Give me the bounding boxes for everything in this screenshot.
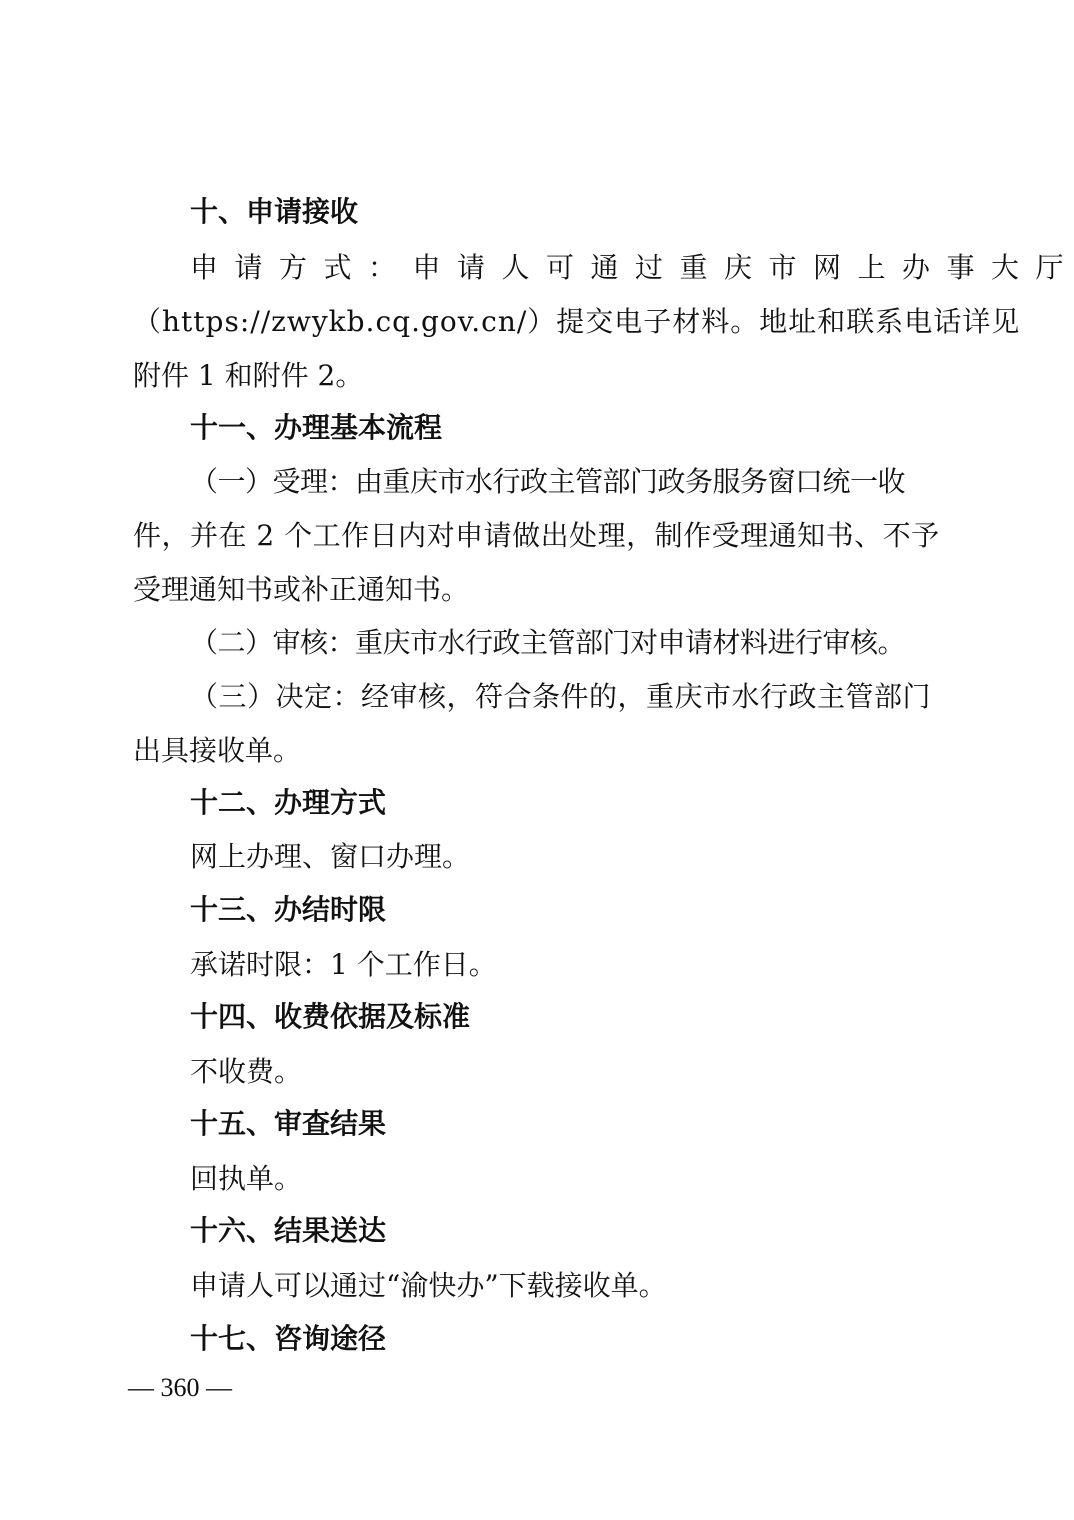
paragraph-line: 附件 1 和附件 2。 [133,358,363,394]
paragraph-line: 申请人可以通过“渝快办”下载接收单。 [190,1268,667,1304]
section-heading-17: 十七、咨询途径 [190,1321,386,1357]
section-heading-15: 十五、审查结果 [190,1106,386,1142]
page-number: — 360 — [128,1372,232,1404]
paragraph-line: 不收费。 [190,1054,302,1090]
paragraph-line: 回执单。 [190,1161,302,1197]
paragraph-line: （https://zwykb.cq.gov.cn/）提交电子材料。地址和联系电话… [133,304,1020,340]
paragraph-line: 出具接收单。 [133,733,301,769]
paragraph-line: 受理通知书或补正通知书。 [133,572,469,608]
paragraph-line: （一）受理：由重庆市水行政主管部门政务服务窗口统一收 [190,464,905,500]
section-heading-12: 十二、办理方式 [190,785,386,821]
paragraph-line: （三）决定：经审核，符合条件的，重庆市水行政主管部门 [190,679,931,715]
section-heading-10: 十、申请接收 [190,194,358,230]
paragraph-line: 件，并在 2 个工作日内对申请做出处理，制作受理通知书、不予 [133,518,940,554]
section-heading-14: 十四、收费依据及标准 [190,999,470,1035]
paragraph-line: 承诺时限：1 个工作日。 [190,947,497,983]
paragraph-line: 网上办理、窗口办理。 [190,839,470,875]
paragraph-line: 申请方式：申请人可通过重庆市网上办事大厅 [190,250,1074,286]
paragraph-line: （二）审核：重庆市水行政主管部门对申请材料进行审核。 [190,625,905,661]
section-heading-13: 十三、办结时限 [190,892,386,928]
section-heading-16: 十六、结果送达 [190,1213,386,1249]
section-heading-11: 十一、办理基本流程 [190,410,442,446]
